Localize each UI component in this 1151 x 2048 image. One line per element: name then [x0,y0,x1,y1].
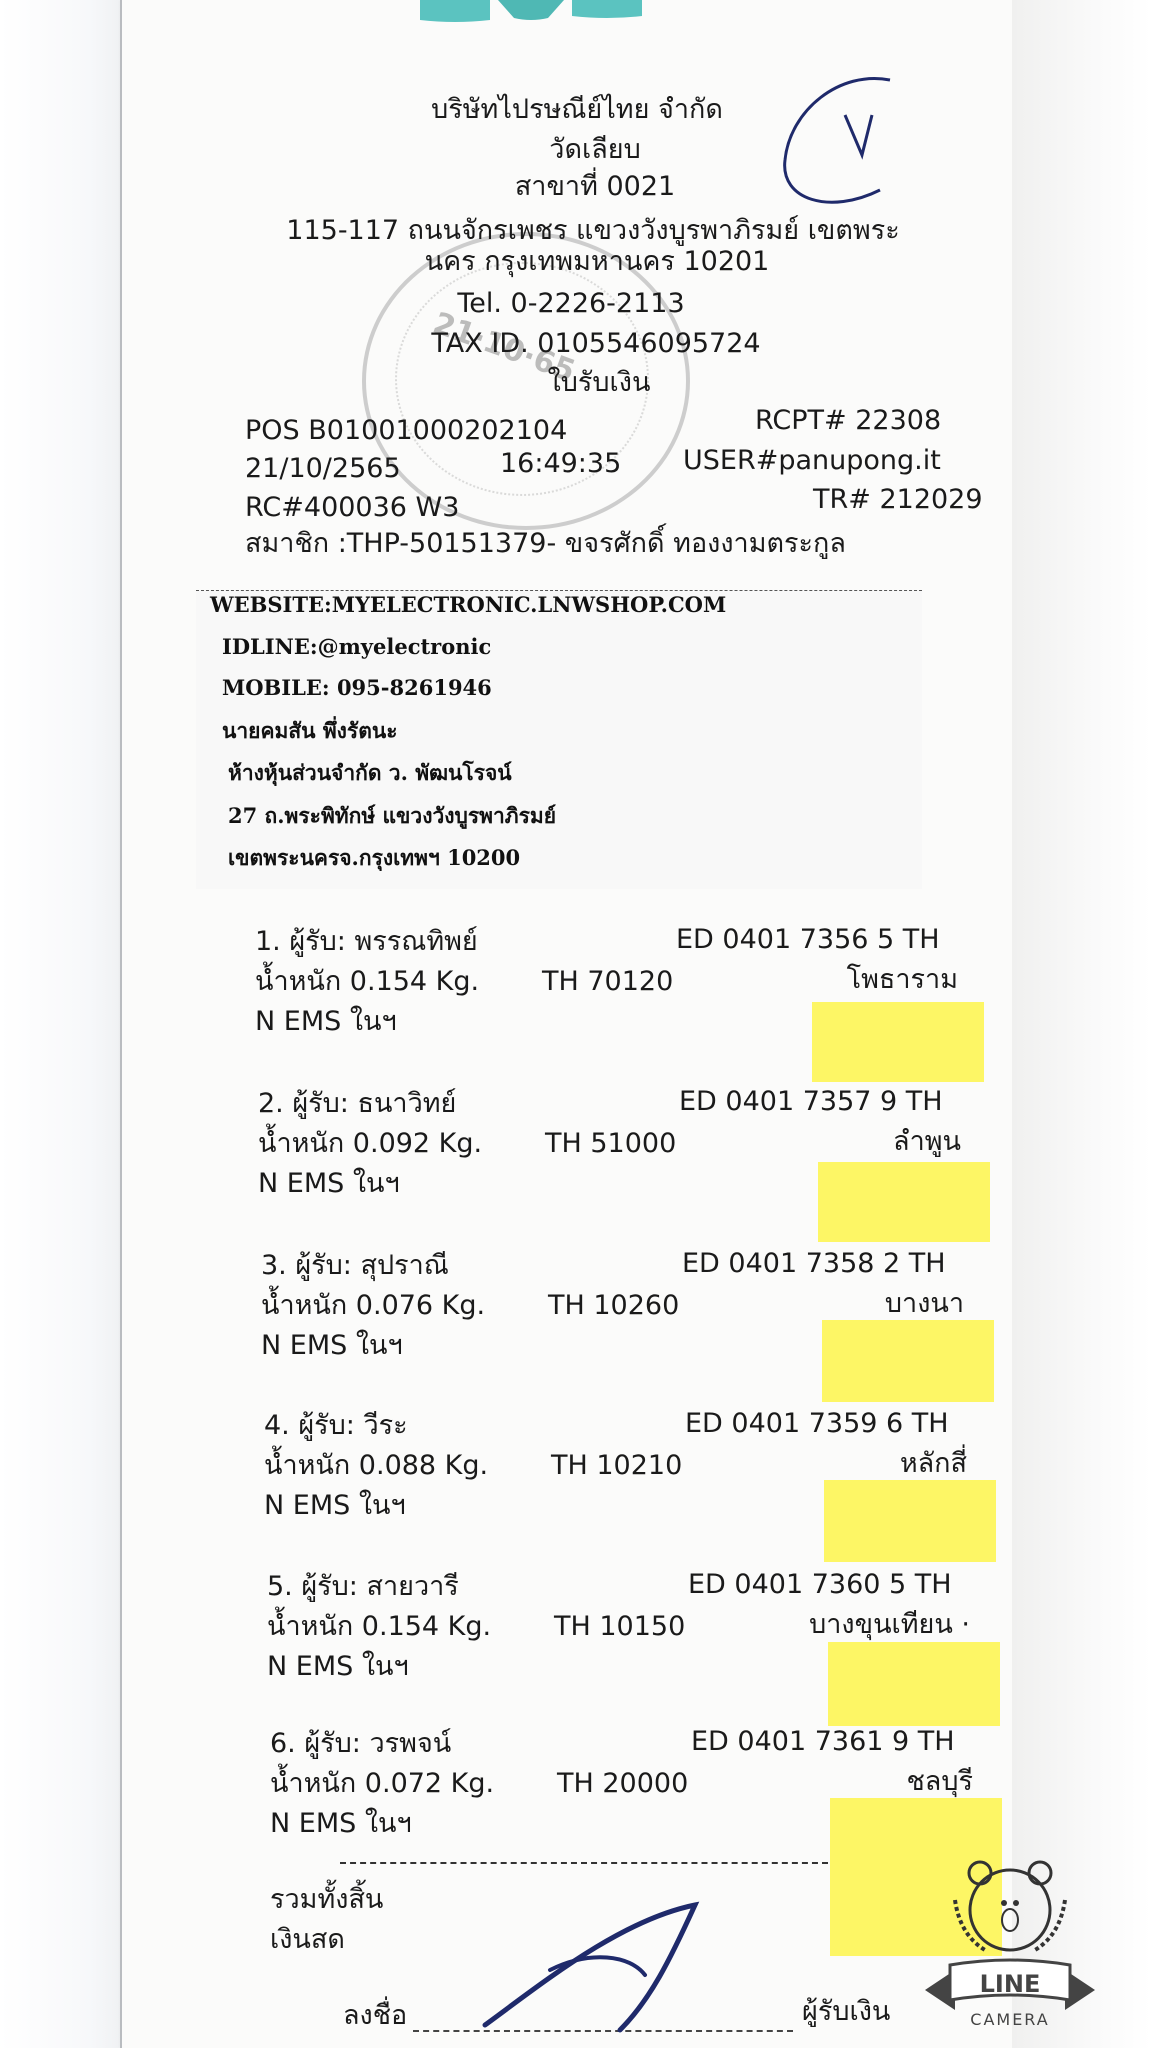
tax-id: TAX ID. 0105546095724 [431,330,760,357]
destination-postcode: TH 20000 [557,1770,688,1797]
destination-postcode: TH 70120 [542,968,673,995]
destination-postcode: TH 10150 [554,1613,685,1640]
member-info: สมาชิก :THP-50151379- ขจรศักดิ์ ทองงามตร… [245,530,846,557]
redaction-block [812,1002,984,1082]
tracking-number: ED 0401 7361 9 TH [691,1728,955,1755]
branch-number: สาขาที่ 0021 [515,173,675,200]
destination-postcode: TH 10260 [548,1292,679,1319]
tape-clip-icon [420,0,642,22]
total-divider [340,1862,828,1864]
recipient-name: 3. ผู้รับ: สุปราณี [261,1252,449,1279]
service-type: N EMS ในฯ [255,1008,397,1035]
destination-district: หลักสี่ [900,1450,967,1477]
total-label: รวมทั้งสิ้น [270,1886,383,1913]
branch-phone: Tel. 0-2226-2113 [457,290,684,317]
svg-text:LINE: LINE [980,1970,1041,1998]
branch-address-line1: 115-117 ถนนจักรเพชร แขวงวังบูรพาภิรมย์ เ… [286,217,899,244]
service-type: N EMS ในฯ [267,1653,409,1680]
sender-address-line1: 27 ถ.พระพิทักษ์ แขวงวังบูรพาภิรมย์ [228,800,556,833]
service-type: N EMS ในฯ [270,1810,412,1837]
line-camera-logo-icon: LINE CAMERA [915,1840,1105,2040]
destination-district: โพธาราม [847,966,958,993]
service-type: N EMS ในฯ [264,1492,406,1519]
svg-text:CAMERA: CAMERA [970,2010,1049,2029]
tracking-number: ED 0401 7358 2 TH [682,1250,946,1277]
sender-mobile: MOBILE: 095-8261946 [222,675,492,700]
receipt-time: 16:49:35 [500,450,621,477]
destination-district: บางขุนเทียน · [809,1611,970,1638]
sender-name: นายคมสัน พึ่งรัตนะ [222,715,397,748]
sender-website: WEBSITE:MYELECTRONIC.LNWSHOP.COM [210,592,726,617]
cashier-user: USER#panupong.it [683,447,941,474]
receipt-date: 21/10/2565 [245,455,401,482]
branch-name: วัดเลียบ [549,136,640,163]
signature [470,1900,730,2040]
parcel-weight: น้ำหนัก 0.092 Kg. [258,1130,482,1157]
service-type: N EMS ในฯ [258,1170,400,1197]
recipient-name: 1. ผู้รับ: พรรณทิพย์ [255,928,478,955]
sign-label: ลงชื่อ [343,2002,407,2029]
redaction-block [828,1642,1000,1726]
rc-number: RC#400036 W3 [245,494,459,521]
company-name: บริษัทไปรษณีย์ไทย จำกัด [431,96,723,123]
tracking-number: ED 0401 7359 6 TH [685,1410,949,1437]
service-type: N EMS ในฯ [261,1332,403,1359]
recipient-name: 5. ผู้รับ: สายวารี [267,1573,459,1600]
destination-district: ชลบุรี [906,1768,973,1795]
sender-address-line2: เขตพระนครจ.กรุงเทพฯ 10200 [228,842,520,875]
redaction-block [818,1162,990,1242]
destination-district: บางนา [885,1290,964,1317]
parcel-weight: น้ำหนัก 0.076 Kg. [261,1292,485,1319]
check-mark-circle-icon [770,70,920,230]
redaction-block [824,1480,996,1562]
destination-postcode: TH 51000 [545,1130,676,1157]
redaction-block [822,1320,994,1402]
recipient-name: 2. ผู้รับ: ธนาวิทย์ [258,1090,456,1117]
pos-number: POS B01001000202104 [245,417,567,444]
parcel-weight: น้ำหนัก 0.088 Kg. [264,1452,488,1479]
recipient-name: 4. ผู้รับ: วีระ [264,1412,408,1439]
document-title: ใบรับเงิน [548,369,651,396]
destination-district: ลำพูน [893,1128,961,1155]
background-right [1012,0,1151,2048]
parcel-weight: น้ำหนัก 0.154 Kg. [267,1613,491,1640]
tracking-number: ED 0401 7360 5 TH [688,1571,952,1598]
branch-address-line2: นคร กรุงเทพมหานคร 10201 [425,248,770,275]
tracking-number: ED 0401 7357 9 TH [679,1088,943,1115]
receiver-label: ผู้รับเงิน [802,1998,890,2025]
background-left [0,0,128,2048]
transaction-number: TR# 212029 [813,486,983,513]
parcel-weight: น้ำหนัก 0.154 Kg. [255,968,479,995]
sender-line-id: IDLINE:@myelectronic [222,634,491,659]
cash-label: เงินสด [270,1926,345,1953]
sender-company: ห้างหุ้นส่วนจำกัด ว. พัฒนโรจน์ [228,757,512,790]
receipt-number: RCPT# 22308 [755,407,941,434]
parcel-weight: น้ำหนัก 0.072 Kg. [270,1770,494,1797]
recipient-name: 6. ผู้รับ: วรพจน์ [270,1730,451,1757]
tracking-number: ED 0401 7356 5 TH [676,926,940,953]
destination-postcode: TH 10210 [551,1452,682,1479]
